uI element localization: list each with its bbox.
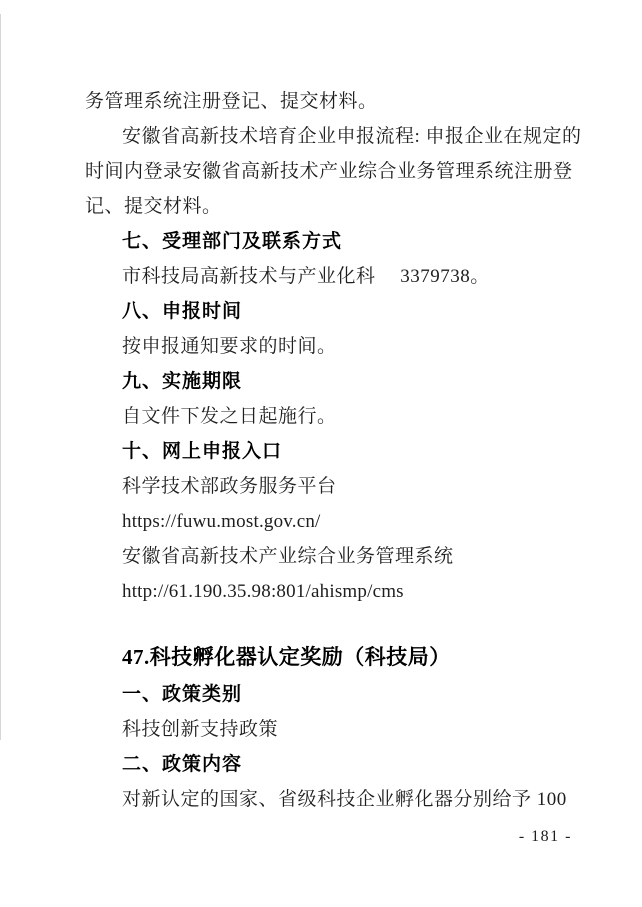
policy-content-line: 对新认定的国家、省级科技企业孵化器分别给予 100 bbox=[85, 782, 563, 817]
heading-section-2-policy-content: 二、政策内容 bbox=[85, 747, 563, 782]
document-page: 务管理系统注册登记、提交材料。 安徽省高新技术培育企业申报流程: 申报企业在规定… bbox=[0, 0, 642, 907]
application-time-line: 按申报通知要求的时间。 bbox=[85, 329, 563, 364]
heading-section-1-policy-category: 一、政策类别 bbox=[85, 677, 563, 712]
heading-section-10-online-portal: 十、网上申报入口 bbox=[85, 434, 563, 469]
url-most-platform: https://fuwu.most.gov.cn/ bbox=[85, 504, 563, 539]
contact-info-line: 市科技局高新技术与产业化科 3379738。 bbox=[85, 259, 563, 294]
portal-name-most-platform: 科学技术部政务服务平台 bbox=[85, 469, 563, 504]
paragraph-application-flow-line-1: 安徽省高新技术培育企业申报流程: 申报企业在规定的 bbox=[85, 119, 563, 154]
scan-edge-line bbox=[0, 14, 1, 740]
paragraph-continuation-line: 务管理系统注册登记、提交材料。 bbox=[85, 84, 563, 119]
implementation-period-line: 自文件下发之日起施行。 bbox=[85, 399, 563, 434]
section-title-47-incubator-award: 47.科技孵化器认定奖励（科技局） bbox=[85, 637, 563, 677]
page-number: - 181 - bbox=[0, 828, 642, 846]
url-anhui-system: http://61.190.35.98:801/ahismp/cms bbox=[85, 574, 563, 609]
policy-category-line: 科技创新支持政策 bbox=[85, 712, 563, 747]
heading-section-7-accepting-department: 七、受理部门及联系方式 bbox=[85, 224, 563, 259]
portal-name-anhui-system: 安徽省高新技术产业综合业务管理系统 bbox=[85, 539, 563, 574]
heading-section-8-application-time: 八、申报时间 bbox=[85, 294, 563, 329]
page-content: 务管理系统注册登记、提交材料。 安徽省高新技术培育企业申报流程: 申报企业在规定… bbox=[85, 84, 563, 817]
heading-section-9-implementation-period: 九、实施期限 bbox=[85, 364, 563, 399]
paragraph-application-flow-line-3: 记、提交材料。 bbox=[85, 189, 563, 224]
paragraph-application-flow-line-2: 时间内登录安徽省高新技术产业综合业务管理系统注册登 bbox=[85, 154, 563, 189]
